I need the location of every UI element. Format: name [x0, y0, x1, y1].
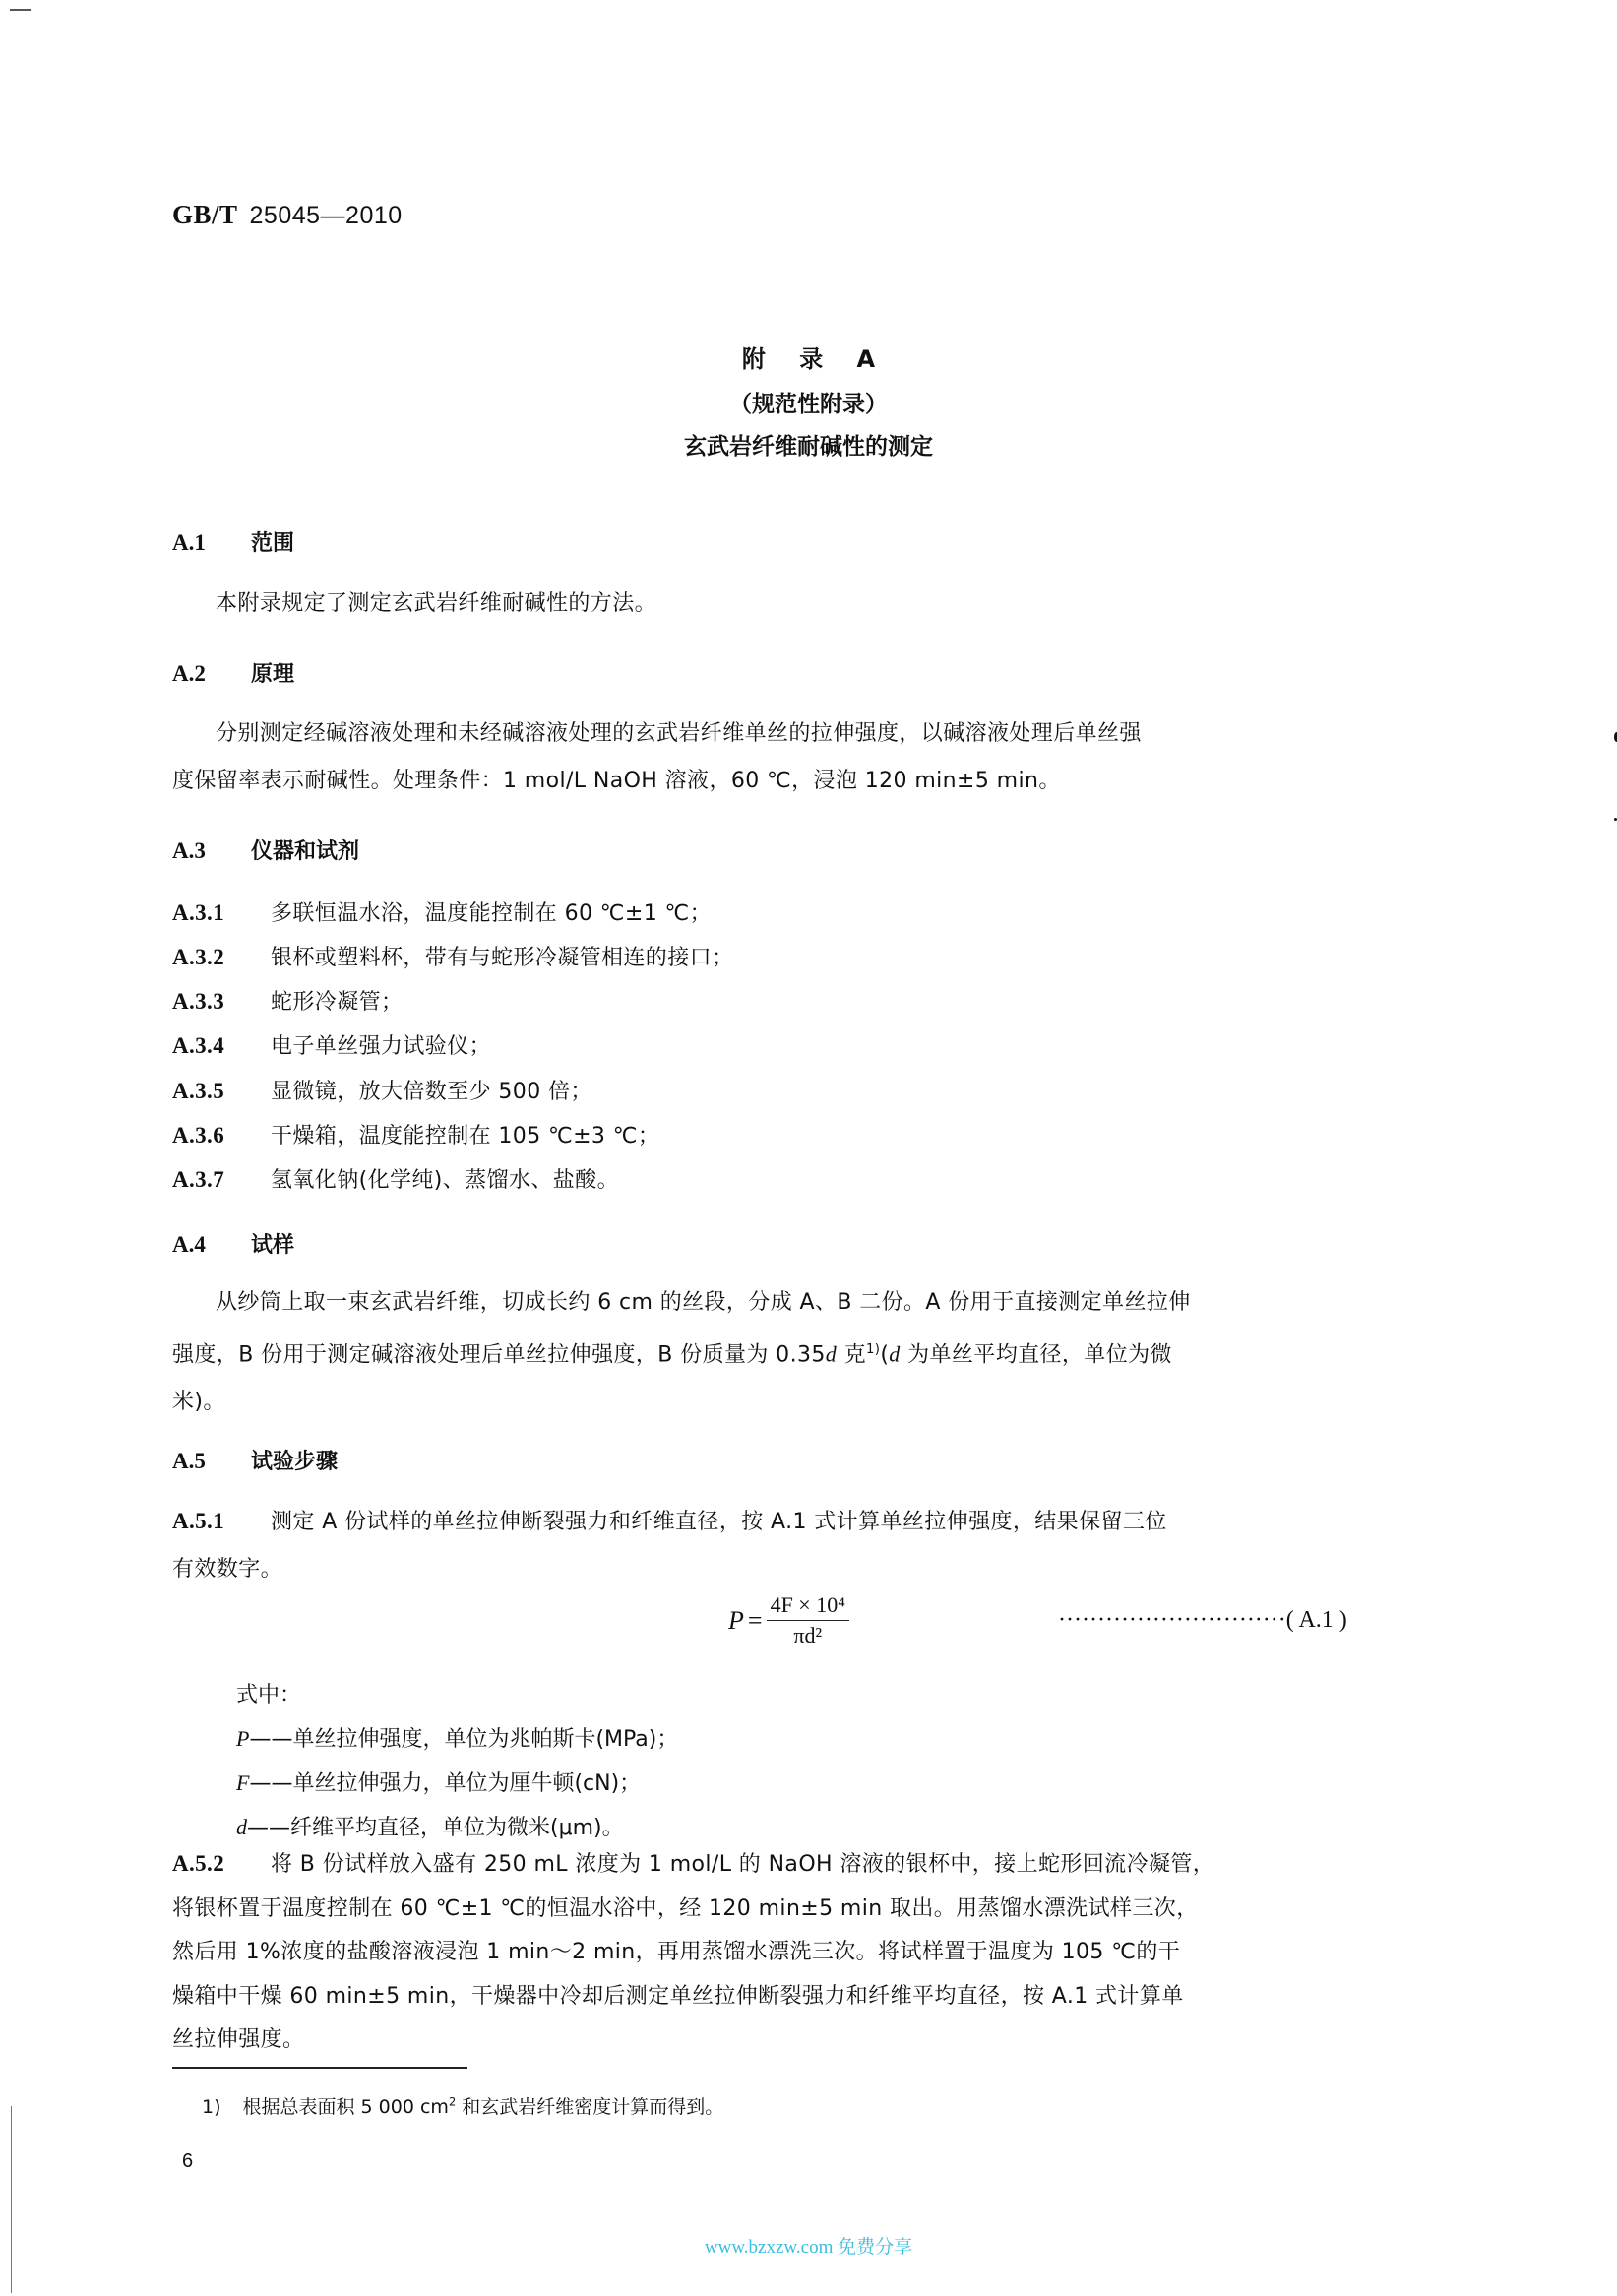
section-title: 试样 [251, 1233, 294, 1258]
clause-number: A.5.2 [172, 1842, 271, 1887]
section-number: A.1 [172, 530, 251, 556]
clause-a52: A.5.2将 B 份试样放入盛有 250 mL 浓度为 1 mol/L 的 Na… [172, 1842, 1452, 2063]
section-number: A.2 [172, 661, 251, 687]
section-title: 原理 [251, 662, 294, 687]
formula-a1: P = 4F × 10⁴ πd² [728, 1592, 849, 1648]
list-item: A.3.1多联恒温水浴，温度能控制在 60 ℃±1 ℃； [172, 897, 712, 927]
text-run: 强度，B 份用于测定碱溶液处理后单丝拉伸强度，B 份质量为 0.35 [172, 1342, 826, 1367]
equation-label: ( A.1 ) [1286, 1607, 1347, 1633]
list-item: A.3.3蛇形冷凝管； [172, 985, 403, 1016]
paragraph-line: 燥箱中干燥 60 min±5 min，干燥器中冷却后测定单丝拉伸断裂强力和纤维平… [172, 1975, 1452, 2019]
list-item: A.3.2银杯或塑料杯，带有与蛇形冷凝管相连的接口； [172, 941, 733, 971]
formula-numerator: 4F × 10⁴ [767, 1592, 849, 1621]
item-number: A.3.5 [172, 1079, 271, 1104]
section-title: 仪器和试剂 [251, 839, 359, 864]
section-heading-a2: A.2原理 [172, 657, 294, 688]
list-item: A.3.7氢氧化钠(化学纯)、蒸馏水、盐酸。 [172, 1163, 619, 1194]
formula-denominator: πd² [793, 1621, 822, 1648]
section-heading-a4: A.4试样 [172, 1228, 294, 1259]
definition-text: ——纤维平均直径，单位为微米(μm)。 [247, 1816, 624, 1840]
variable: d [826, 1341, 837, 1366]
item-text: 显微镜，放大倍数至少 500 倍； [271, 1080, 592, 1104]
list-item: A.3.6干燥箱，温度能控制在 105 ℃±3 ℃； [172, 1119, 659, 1149]
text-run: 克 [837, 1342, 866, 1367]
section-body-a4: 从纱筒上取一束玄武岩纤维，切成长约 6 cm 的丝段，分成 A、B 二份。A 份… [172, 1279, 1452, 1426]
item-text: 干燥箱，温度能控制在 105 ℃±3 ℃； [271, 1124, 659, 1148]
variable-definition: F——单丝拉伸强力，单位为厘牛顿(cN)； [236, 1767, 641, 1797]
variable-definition: P——单丝拉伸强度，单位为兆帕斯卡(MPa)； [236, 1722, 678, 1753]
paragraph-line: 从纱筒上取一束玄武岩纤维，切成长约 6 cm 的丝段，分成 A、B 二份。A 份… [172, 1279, 1452, 1327]
equation-number: ·····························( A.1 ) [1058, 1607, 1347, 1634]
section-title: 试验步骤 [251, 1450, 338, 1474]
text-run: 测定 A 份试样的单丝拉伸断裂强力和纤维直径，按 A.1 式计算单丝拉伸强度，结… [271, 1510, 1167, 1534]
variable: P [236, 1726, 249, 1751]
text-run: 为单丝平均直径，单位为微 [901, 1342, 1172, 1367]
paragraph-line: 强度，B 份用于测定碱溶液处理后单丝拉伸强度，B 份质量为 0.35d 克1)(… [172, 1327, 1452, 1379]
section-body-a2: 分别测定经碱溶液处理和未经碱溶液处理的玄武岩纤维单丝的拉伸强度，以碱溶液处理后单… [172, 711, 1452, 805]
footnote-text: 和玄武岩纤维密度计算而得到。 [456, 2096, 723, 2118]
list-item: A.3.5显微镜，放大倍数至少 500 倍； [172, 1075, 592, 1105]
section-heading-a3: A.3仪器和试剂 [172, 835, 359, 865]
paragraph-line: 丝拉伸强度。 [172, 2018, 1452, 2063]
item-number: A.3.2 [172, 945, 271, 970]
scan-edge-line [11, 2106, 12, 2293]
item-text: 银杯或塑料杯，带有与蛇形冷凝管相连的接口； [271, 946, 733, 970]
section-heading-a5: A.5试验步骤 [172, 1445, 338, 1475]
item-text: 多联恒温水浴，温度能控制在 60 ℃±1 ℃； [271, 901, 712, 926]
item-number: A.3.3 [172, 989, 271, 1015]
variable: d [236, 1815, 247, 1839]
clause-a51: A.5.1测定 A 份试样的单丝拉伸断裂强力和纤维直径，按 A.1 式计算单丝拉… [172, 1498, 1452, 1593]
paragraph-line: 将银杯置于温度控制在 60 ℃±1 ℃的恒温水浴中，经 120 min±5 mi… [172, 1888, 1452, 1932]
footnote-text: 根据总表面积 5 000 cm [243, 2096, 449, 2118]
annex-type: （规范性附录） [0, 386, 1617, 418]
variable-definition: d——纤维平均直径，单位为微米(μm)。 [236, 1811, 624, 1841]
paragraph-line: 有效数字。 [172, 1546, 1452, 1593]
item-number: A.3.1 [172, 900, 271, 926]
paragraph-line: 分别测定经碱溶液处理和未经碱溶液处理的玄武岩纤维单丝的拉伸强度，以碱溶液处理后单… [172, 711, 1452, 758]
footnote-divider [172, 2067, 467, 2069]
item-text: 蛇形冷凝管； [271, 990, 403, 1015]
formula-lhs: P [728, 1606, 744, 1636]
page-number: 6 [182, 2150, 193, 2173]
footnote: 1)根据总表面积 5 000 cm2 和玄武岩纤维密度计算而得到。 [202, 2092, 723, 2119]
paragraph-line: A.5.1测定 A 份试样的单丝拉伸断裂强力和纤维直径，按 A.1 式计算单丝拉… [172, 1498, 1452, 1546]
standard-code: GB/T25045—2010 [172, 200, 403, 230]
section-number: A.3 [172, 838, 251, 864]
paragraph-line: 然后用 1%浓度的盐酸溶液浸泡 1 min～2 min，再用蒸馏水漂洗三次。将试… [172, 1931, 1452, 1975]
definition-text: ——单丝拉伸强度，单位为兆帕斯卡(MPa)； [249, 1727, 678, 1752]
section-title: 范围 [251, 531, 294, 556]
section-heading-a1: A.1范围 [172, 527, 294, 557]
standard-prefix: GB/T [172, 200, 238, 229]
section-number: A.5 [172, 1449, 251, 1474]
scan-mark [10, 9, 31, 11]
clause-number: A.5.1 [172, 1498, 271, 1545]
annex-title: 附 录 A [0, 340, 1617, 374]
item-number: A.3.7 [172, 1167, 271, 1193]
item-text: 氢氧化钠(化学纯)、蒸馏水、盐酸。 [271, 1168, 619, 1193]
where-intro: 式中： [236, 1678, 301, 1708]
formula-equals: = [748, 1606, 763, 1636]
section-number: A.4 [172, 1232, 251, 1258]
paragraph-line: A.5.2将 B 份试样放入盛有 250 mL 浓度为 1 mol/L 的 Na… [172, 1842, 1452, 1888]
variable: d [889, 1341, 900, 1366]
formula-fraction: 4F × 10⁴ πd² [767, 1592, 849, 1648]
standard-number: 25045—2010 [250, 202, 403, 229]
item-number: A.3.6 [172, 1123, 271, 1148]
dot-leader: ····························· [1058, 1607, 1286, 1633]
item-number: A.3.4 [172, 1033, 271, 1059]
list-item: A.3.4电子单丝强力试验仪； [172, 1029, 491, 1060]
variable: F [236, 1770, 249, 1795]
paragraph-line: 米)。 [172, 1379, 1452, 1426]
annex-name: 玄武岩纤维耐碱性的测定 [0, 428, 1617, 461]
footnote-mark: 1) [202, 2096, 221, 2118]
footnote-ref[interactable]: 1) [866, 1342, 880, 1357]
text-run: ( [880, 1342, 889, 1367]
section-body-a1: 本附录规定了测定玄武岩纤维耐碱性的方法。 [172, 581, 1452, 628]
definition-text: ——单丝拉伸强力，单位为厘牛顿(cN)； [249, 1771, 641, 1796]
text-run: 将 B 份试样放入盛有 250 mL 浓度为 1 mol/L 的 NaOH 溶液… [271, 1852, 1214, 1877]
paragraph-line: 度保留率表示耐碱性。处理条件：1 mol/L NaOH 溶液，60 ℃，浸泡 1… [172, 758, 1452, 805]
item-text: 电子单丝强力试验仪； [271, 1034, 491, 1059]
watermark[interactable]: www.bzxzw.com 免费分享 [0, 2232, 1617, 2259]
